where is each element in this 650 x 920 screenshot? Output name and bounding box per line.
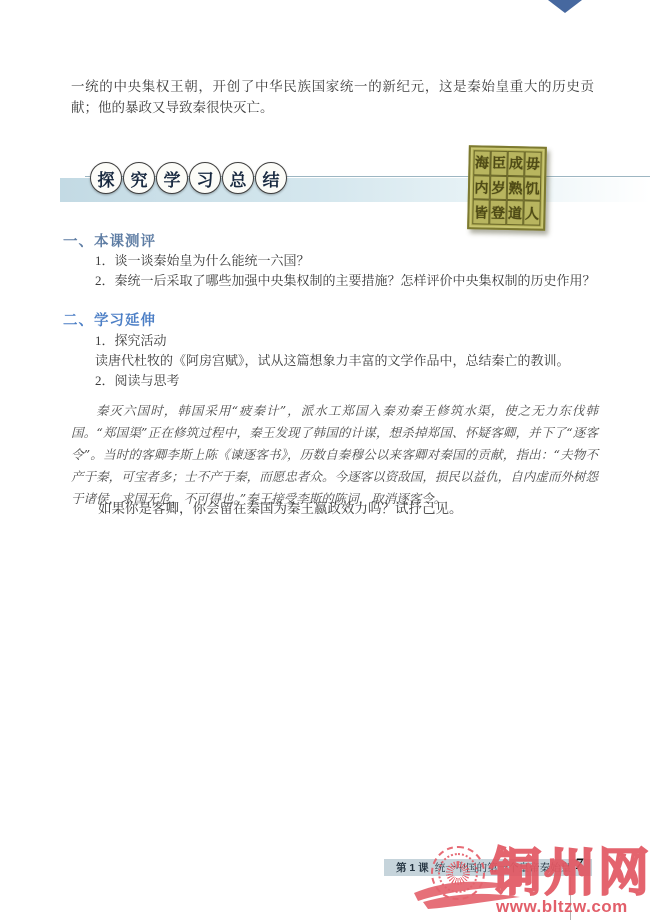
seal-char: 登 xyxy=(489,200,507,225)
seal-char: 臣 xyxy=(490,151,508,176)
assessment-item-2: 2．秦统一后采取了哪些加强中央集权制的主要措施？怎样评价中央集权制的历史作用？ xyxy=(95,271,605,291)
footer-lesson-label: 第 1 课 xyxy=(396,860,429,875)
watermark-site-url: www.bltzw.com xyxy=(496,897,628,917)
banner-char: 习 xyxy=(197,166,214,191)
textbook-page-scan: 一统的中央集权王朝，开创了中华民族国家统一的新纪元，这是秦始皇重大的历史贡献；他… xyxy=(0,0,650,920)
section-one-heading: 一、本课测评 xyxy=(63,230,156,251)
banner-char: 学 xyxy=(164,166,181,191)
seal-char: 岁 xyxy=(490,175,508,200)
reading-label: 2．阅读与思考 xyxy=(95,370,180,389)
banner-circle: 学 xyxy=(156,162,188,194)
assessment-item-1: 1．谈一谈秦始皇为什么能统一六国？ xyxy=(95,251,595,271)
corner-triangle-icon xyxy=(548,0,582,13)
qin-seal-image: 海 臣 成 毋 内 岁 熟 饥 皆 登 道 人 xyxy=(467,145,547,231)
seal-char: 人 xyxy=(523,201,541,226)
section-two-heading: 二、学习延伸 xyxy=(63,309,156,330)
seal-char: 皆 xyxy=(472,200,490,225)
seal-char: 内 xyxy=(473,175,491,200)
section-banner: 探 究 学 习 总 结 xyxy=(90,162,288,194)
banner-char: 总 xyxy=(230,166,247,191)
reading-paragraph: 秦灭六国时，韩国采用“疲秦计”，派水工郑国入秦劝秦王修筑水渠，使之无力东伐韩国。… xyxy=(71,400,598,510)
activity-text: 读唐代杜牧的《阿房宫赋》，试从这篇想象力丰富的文学作品中，总结秦亡的教训。 xyxy=(95,350,595,369)
intro-paragraph: 一统的中央集权王朝，开创了中华民族国家统一的新纪元，这是秦始皇重大的历史贡献；他… xyxy=(71,76,594,118)
banner-char: 结 xyxy=(263,166,280,191)
banner-circle: 结 xyxy=(255,162,287,194)
watermark-site-name: 铜州网 xyxy=(488,840,650,902)
seal-char: 海 xyxy=(473,150,491,175)
seal-char: 道 xyxy=(506,200,524,225)
banner-circle: 探 xyxy=(90,162,122,194)
banner-circle: 究 xyxy=(123,162,155,194)
banner-circle: 总 xyxy=(222,162,254,194)
question-paragraph: 如果你是客卿，你会留在秦国为秦王嬴政效力吗？试抒己见。 xyxy=(71,497,594,517)
seal-char: 毋 xyxy=(524,151,542,176)
seal-char: 熟 xyxy=(507,176,525,201)
banner-char: 究 xyxy=(131,166,148,191)
seal-character-grid: 海 臣 成 毋 内 岁 熟 饥 皆 登 道 人 xyxy=(472,150,542,225)
banner-char: 探 xyxy=(98,166,115,191)
banner-circle: 习 xyxy=(189,162,221,194)
seal-char: 饥 xyxy=(524,176,542,201)
activity-label: 1．探究活动 xyxy=(95,330,167,349)
svg-text:铜州网: 铜州网 xyxy=(489,844,650,901)
seal-char: 成 xyxy=(507,151,525,176)
